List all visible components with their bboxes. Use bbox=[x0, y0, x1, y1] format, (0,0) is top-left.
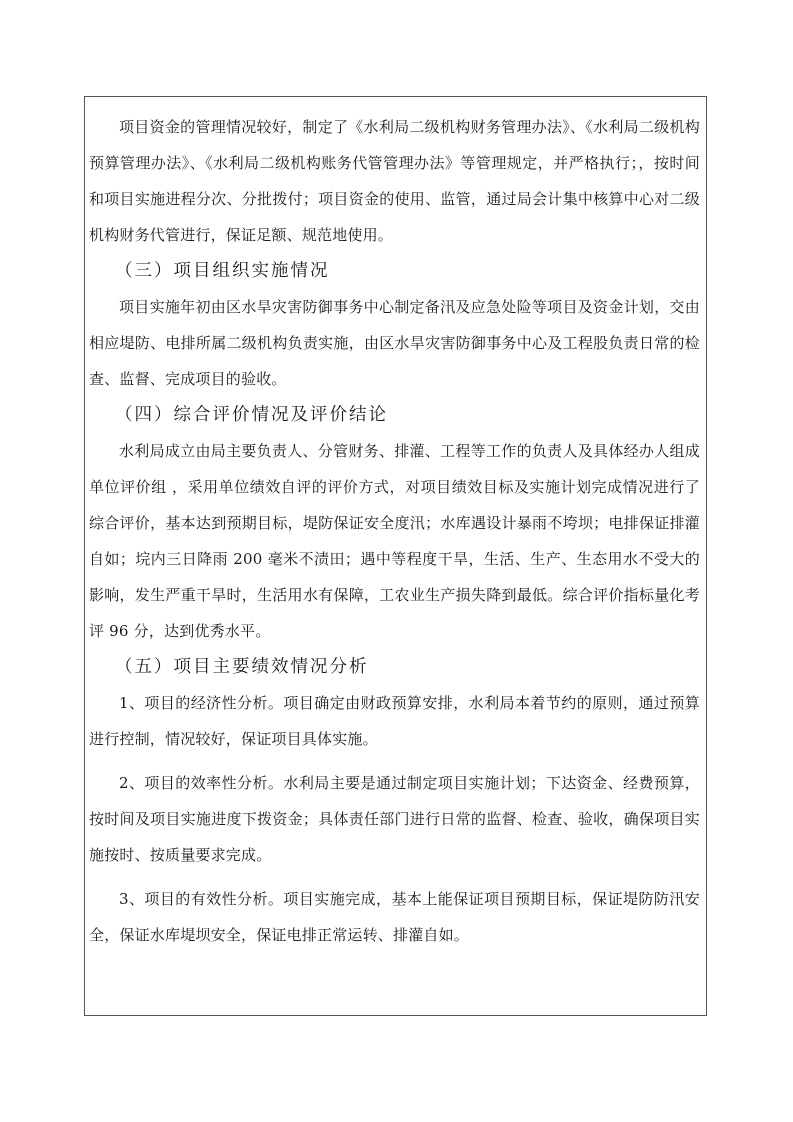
section-3-paragraph-1: 项目实施年初由区水旱灾害防御事务中心制定备汛及应急处险等项目及资金计划，交由相应… bbox=[89, 289, 700, 397]
section-heading-5: （五）项目主要绩效情况分析 bbox=[89, 649, 700, 685]
document-content: 项目资金的管理情况较好，制定了《水利局二级机构财务管理办法》、《水利局二级机构预… bbox=[89, 109, 700, 953]
section-heading-4: （四）综合评价情况及评价结论 bbox=[89, 397, 700, 433]
document-frame: 项目资金的管理情况较好，制定了《水利局二级机构财务管理办法》、《水利局二级机构预… bbox=[84, 96, 707, 1016]
intro-paragraph: 项目资金的管理情况较好，制定了《水利局二级机构财务管理办法》、《水利局二级机构预… bbox=[89, 109, 700, 253]
section-4-paragraph-1: 水利局成立由局主要负责人、分管财务、排灌、工程等工作的负责人及具体经办人组成单位… bbox=[89, 433, 700, 649]
paragraph-gap bbox=[89, 757, 700, 765]
section-5-paragraph-3: 3、项目的有效性分析。项目实施完成，基本上能保证项目预期目标，保证堤防防汛安全，… bbox=[89, 881, 700, 953]
paragraph-gap bbox=[89, 873, 700, 881]
section-5-paragraph-2: 2、项目的效率性分析。水利局主要是通过制定项目实施计划；下达资金、经费预算，按时… bbox=[89, 765, 700, 873]
section-5-paragraph-1: 1、项目的经济性分析。项目确定由财政预算安排，水利局本着节约的原则，通过预算进行… bbox=[89, 685, 700, 757]
section-heading-3: （三）项目组织实施情况 bbox=[89, 253, 700, 289]
